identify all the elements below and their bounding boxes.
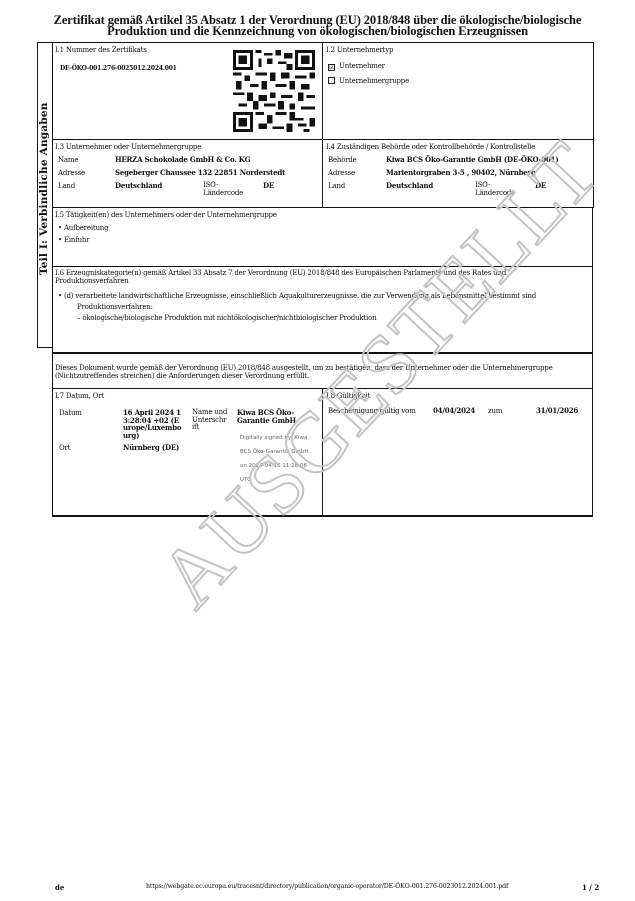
certificate-number: DE-ÖKO-001.276-0025012.2024.001	[60, 65, 177, 73]
l2-label: I.2 Unternehmertyp	[326, 46, 393, 54]
section-l5: I.5 Tätigkeit(en) des Unternehmers oder …	[52, 207, 593, 267]
section-l2: I.2 Unternehmertyp ☑Unternehmer Unterneh…	[322, 42, 594, 140]
l4-authority-label: Behörde	[328, 156, 357, 164]
l4-label: I.4 Zuständigen Behörde oder Kontrollbeh…	[326, 143, 535, 151]
option-label: Unternehmergruppe	[339, 77, 409, 85]
digital-signature: Digitally signed by: Kiwa BCS Öko-Garant…	[240, 431, 309, 487]
section-l6: I.6 Erzeugniskategorie(n) gemäß Artikel …	[52, 266, 593, 354]
footer-url[interactable]: https://webgate.ec.europa.eu/tracesnt/di…	[146, 883, 508, 890]
footer-page-number: 1 / 2	[582, 883, 599, 892]
activity-item: • Einfuhr	[58, 236, 89, 244]
l3-country-label: Land	[58, 182, 75, 190]
l3-address-label: Adresse	[58, 169, 85, 177]
option-unternehmer[interactable]: ☑Unternehmer	[328, 62, 385, 71]
l3-iso-label: ISO-Ländercode	[203, 182, 231, 197]
operator-name: HERZA Schokolade GmbH & Co. KG	[115, 156, 250, 164]
valid-from-date: 04/04/2024	[433, 407, 475, 415]
sidebar-label: Teil I: Verbindliche Angaben	[38, 102, 50, 275]
section-l7: I.7 Datum, Ort Datum 16 April 2024 13:28…	[52, 388, 323, 517]
operator-address: Segeberger Chaussee 132 22851 Nordersted…	[115, 169, 285, 177]
l3-name-label: Name	[58, 156, 78, 164]
qr-code-icon	[233, 50, 315, 132]
section-l4: I.4 Zuständigen Behörde oder Kontrollbeh…	[322, 139, 594, 208]
authority-iso: DE	[535, 182, 546, 190]
document-title: Zertifikat gemäß Artikel 35 Absatz 1 der…	[0, 15, 635, 37]
l1-label: I.1 Nummer des Zertifikats	[55, 46, 147, 54]
date-value: 16 April 2024 13:28:04 +02 (Europe/Luxem…	[123, 409, 183, 439]
valid-to-label: zum	[488, 407, 502, 415]
section-l8: I.8 Gültigkeit Bescheinigung gültig vom …	[322, 388, 593, 517]
date-label: Datum	[59, 409, 82, 417]
l5-label: I.5 Tätigkeit(en) des Unternehmers oder …	[55, 211, 277, 219]
l3-label: I.3 Unternehmer oder Unternehmergruppe	[55, 143, 201, 151]
option-unternehmergruppe[interactable]: Unternehmergruppe	[328, 77, 409, 85]
l4-country-label: Land	[328, 182, 345, 190]
production-method-value: – ökologische/biologische Produktion mit…	[77, 315, 376, 323]
section-l3: I.3 Unternehmer oder Unternehmergruppe N…	[52, 139, 323, 208]
l4-iso-label: ISO-Ländercode	[475, 182, 503, 197]
l7-label: I.7 Datum, Ort	[55, 392, 104, 400]
valid-from-label: Bescheinigung gültig vom	[328, 407, 416, 415]
title-line-2: Produktion und die Kennzeichnung von öko…	[0, 26, 635, 37]
operator-iso: DE	[263, 182, 274, 190]
signature-line: BCS Öko-Garantie GmbH	[240, 445, 309, 459]
checkbox-checked-icon[interactable]: ☑	[328, 64, 335, 71]
product-category: • (d) verarbeitete landwirtschaftliche E…	[58, 293, 588, 301]
authority-name: Kiwa BCS Öko-Garantie GmbH (DE-ÖKO-001)	[386, 156, 558, 164]
place-value: Nürnberg (DE)	[123, 444, 179, 452]
footer-language: de	[55, 883, 64, 892]
operator-country: Deutschland	[115, 182, 162, 190]
statement-text: Dieses Dokument wurde gemäß der Verordnu…	[55, 365, 585, 380]
checkbox-unchecked-icon[interactable]	[328, 77, 335, 84]
activity-item: • Aufbereitung	[58, 224, 108, 232]
authority-country: Deutschland	[386, 182, 433, 190]
signature-line: on 2024-04-16 11:28:06	[240, 459, 309, 473]
signature-line: UTC	[240, 473, 309, 487]
production-method-label: Produktionsverfahren:	[77, 304, 153, 312]
option-label: Unternehmer	[339, 62, 385, 70]
l4-address-label: Adresse	[328, 169, 355, 177]
signer-name: Kiwa BCS Öko-Garantie GmbH	[237, 409, 307, 424]
l8-label: I.8 Gültigkeit	[326, 392, 370, 400]
signature-label: Name und Unterschrift	[192, 409, 228, 432]
place-label: Ort	[59, 444, 70, 452]
valid-to-date: 31/01/2026	[536, 407, 578, 415]
l6-label: I.6 Erzeugniskategorie(n) gemäß Artikel …	[55, 270, 575, 285]
statement-box: Dieses Dokument wurde gemäß der Verordnu…	[52, 353, 593, 389]
authority-address: Marientorgraben 3-5 , 90402, Nürnberg	[386, 169, 536, 177]
signature-line: Digitally signed by: Kiwa	[240, 431, 309, 445]
